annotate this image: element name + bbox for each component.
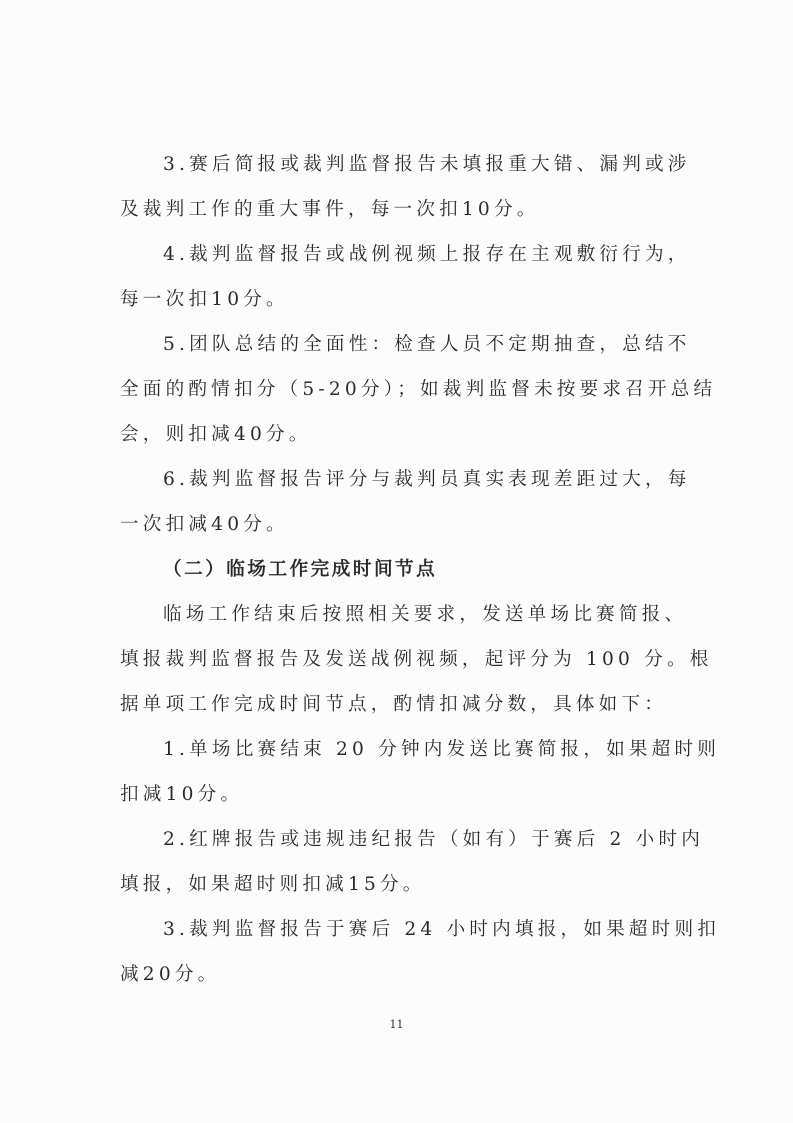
- section-heading: （二）临场工作完成时间节点: [163, 558, 723, 582]
- paragraph-line: 扣减10分。: [120, 783, 680, 807]
- paragraph-line: 3.赛后简报或裁判监督报告未填报重大错、漏判或涉: [163, 153, 680, 177]
- paragraph-line: 会，则扣减40分。: [120, 423, 680, 447]
- paragraph-line: 2.红牌报告或违规违纪报告（如有）于赛后 2 小时内: [163, 828, 680, 852]
- paragraph-line: 据单项工作完成时间节点，酌情扣减分数，具体如下：: [120, 693, 680, 717]
- document-page: 3.赛后简报或裁判监督报告未填报重大错、漏判或涉 及裁判工作的重大事件，每一次扣…: [0, 0, 793, 1123]
- paragraph-line: 3.裁判监督报告于赛后 24 小时内填报，如果超时则扣: [163, 918, 680, 942]
- paragraph-line: 4.裁判监督报告或战例视频上报存在主观敷衍行为，: [163, 243, 680, 267]
- paragraph-line: 6.裁判监督报告评分与裁判员真实表现差距过大，每: [163, 468, 680, 492]
- paragraph-line: 一次扣减40分。: [120, 513, 680, 537]
- paragraph-line: 及裁判工作的重大事件，每一次扣10分。: [120, 198, 680, 222]
- paragraph-line: 填报，如果超时则扣减15分。: [120, 873, 680, 897]
- paragraph-line: 1.单场比赛结束 20 分钟内发送比赛简报，如果超时则: [163, 738, 680, 762]
- paragraph-line: 5.团队总结的全面性：检查人员不定期抽查，总结不: [163, 333, 680, 357]
- paragraph-line: 全面的酌情扣分（5-20分）；如裁判监督未按要求召开总结: [120, 378, 680, 402]
- paragraph-line: 每一次扣10分。: [120, 288, 680, 312]
- paragraph-line: 减20分。: [120, 963, 680, 987]
- paragraph-line: 填报裁判监督报告及发送战例视频，起评分为 100 分。根: [120, 648, 680, 672]
- page-number: 11: [0, 1018, 793, 1031]
- paragraph-line: 临场工作结束后按照相关要求，发送单场比赛简报、: [163, 603, 680, 627]
